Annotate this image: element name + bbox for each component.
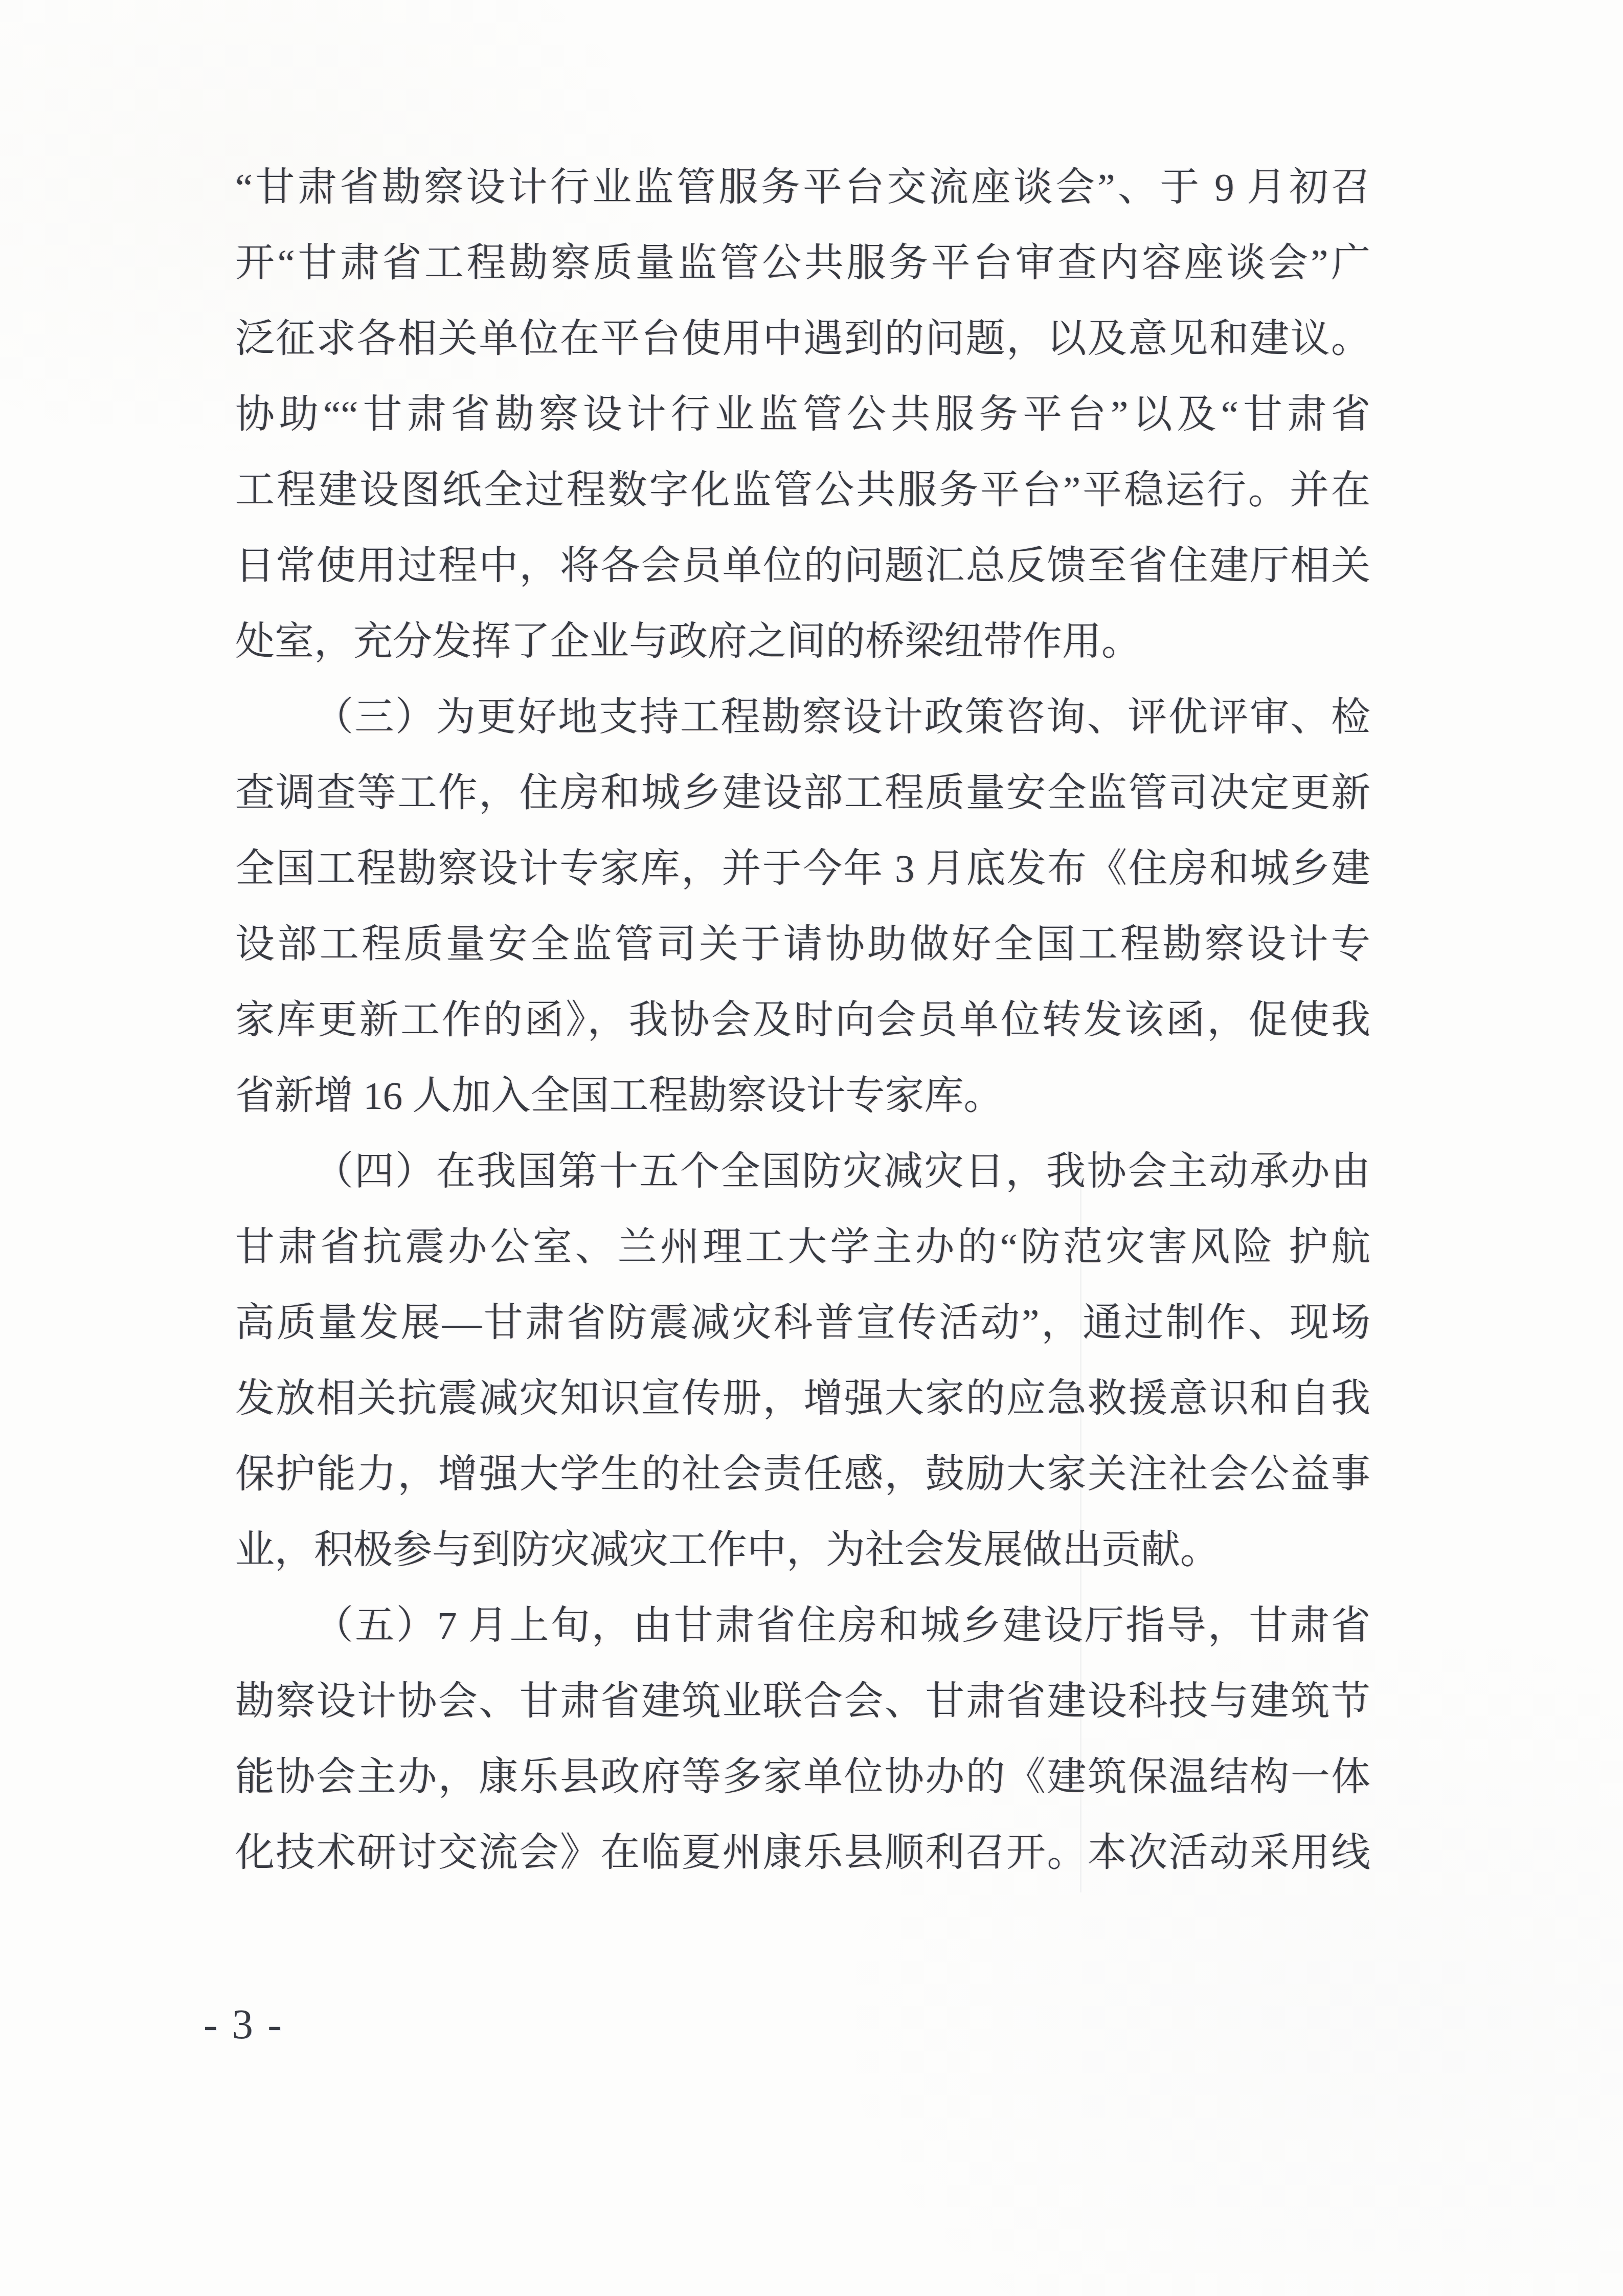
text-line: 能协会主办，康乐县政府等多家单位协办的《建筑保温结构一体 <box>235 1739 1370 1815</box>
text-line: 开“甘肃省工程勘察质量监管公共服务平台审查内容座谈会”广 <box>235 225 1370 301</box>
text-line: 全国工程勘察设计专家库，并于今年 3 月底发布《住房和城乡建 <box>235 831 1370 906</box>
page-number-footer: - 3 - <box>204 1999 284 2050</box>
text-line: 省新增 16 人加入全国工程勘察设计专家库。 <box>235 1058 1370 1133</box>
text-line: 处室，充分发挥了企业与政府之间的桥梁纽带作用。 <box>235 604 1370 679</box>
text-line: 协助““甘肃省勘察设计行业监管公共服务平台”以及“甘肃省 <box>235 376 1370 452</box>
text-line: 勘察设计协会、甘肃省建筑业联合会、甘肃省建设科技与建筑节 <box>235 1663 1370 1739</box>
text-line: 日常使用过程中，将各会员单位的问题汇总反馈至省住建厅相关 <box>235 528 1370 604</box>
text-line: 业，积极参与到防灾减灾工作中，为社会发展做出贡献。 <box>235 1512 1370 1588</box>
document-page: “甘肃省勘察设计行业监管服务平台交流座谈会”、于 9 月初召开“甘肃省工程勘察质… <box>0 0 1623 2296</box>
text-line: （五）7 月上旬，由甘肃省住房和城乡建设厅指导，甘肃省 <box>235 1588 1370 1663</box>
text-line: 高质量发展—甘肃省防震减灾科普宣传活动”，通过制作、现场 <box>235 1285 1370 1361</box>
text-line: （三）为更好地支持工程勘察设计政策咨询、评优评审、检 <box>235 679 1370 755</box>
text-line: 发放相关抗震减灾知识宣传册，增强大家的应急救援意识和自我 <box>235 1361 1370 1436</box>
text-line: 泛征求各相关单位在平台使用中遇到的问题，以及意见和建议。 <box>235 301 1370 376</box>
document-body-text: “甘肃省勘察设计行业监管服务平台交流座谈会”、于 9 月初召开“甘肃省工程勘察质… <box>235 149 1370 1890</box>
text-line: 保护能力，增强大学生的社会责任感，鼓励大家关注社会公益事 <box>235 1436 1370 1512</box>
scan-fold-artifact <box>1080 1166 1081 1892</box>
text-line: 化技术研讨交流会》在临夏州康乐县顺利召开。本次活动采用线 <box>235 1815 1370 1890</box>
text-line: 工程建设图纸全过程数字化监管公共服务平台”平稳运行。并在 <box>235 452 1370 528</box>
text-line: 甘肃省抗震办公室、兰州理工大学主办的“防范灾害风险 护航 <box>235 1209 1370 1285</box>
text-line: “甘肃省勘察设计行业监管服务平台交流座谈会”、于 9 月初召 <box>235 149 1370 225</box>
text-line: 设部工程质量安全监管司关于请协助做好全国工程勘察设计专 <box>235 906 1370 982</box>
text-line: 家库更新工作的函》，我协会及时向会员单位转发该函，促使我 <box>235 982 1370 1058</box>
text-line: 查调查等工作，住房和城乡建设部工程质量安全监管司决定更新 <box>235 755 1370 831</box>
text-line: （四）在我国第十五个全国防灾减灾日，我协会主动承办由 <box>235 1133 1370 1209</box>
